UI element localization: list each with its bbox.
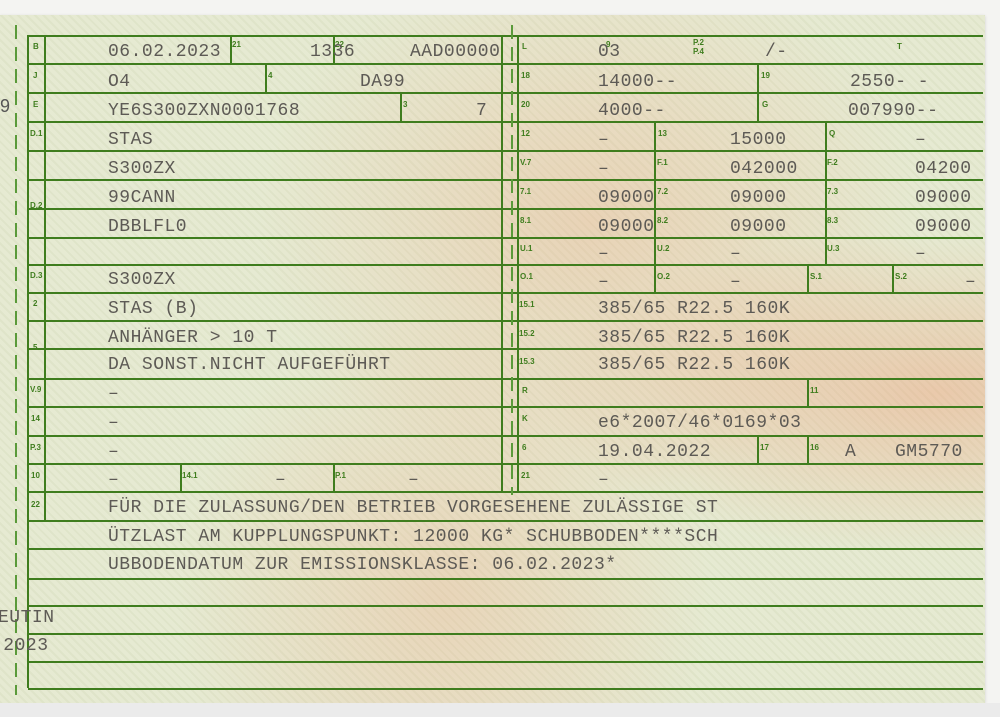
grid-line <box>28 237 983 239</box>
label-J: J <box>33 71 37 80</box>
label-6: 6 <box>522 443 526 452</box>
grid-line <box>28 348 983 350</box>
grid-line <box>28 63 983 65</box>
label-G: G <box>762 100 768 109</box>
grid-line <box>807 378 809 406</box>
label-D3: D.3 <box>30 271 42 280</box>
remarks-line-3: UBBODENDATUM ZUR EMISSIONSKLASSE: 06.02.… <box>108 555 617 575</box>
label-20: 20 <box>521 100 530 109</box>
field-B-value: 06.02.2023 <box>108 42 221 62</box>
footer-place: EUTIN <box>0 608 55 628</box>
label-3: 3 <box>403 100 407 109</box>
label-F1: F.1 <box>657 158 668 167</box>
grid-line <box>807 264 809 292</box>
footer-date: .2023 <box>0 636 49 656</box>
grid-line <box>807 435 809 463</box>
grid-line <box>400 92 402 121</box>
label-V7: V.7 <box>520 158 531 167</box>
field-S2-value: – <box>965 272 976 292</box>
label-13: 13 <box>658 129 667 138</box>
field-J-value: O4 <box>108 72 131 92</box>
label-15-3: 15.3 <box>519 357 535 366</box>
field-F2-value: 04200 <box>915 159 972 179</box>
grid-line <box>28 35 983 37</box>
grid-line <box>28 378 983 380</box>
grid-line <box>517 35 519 491</box>
field-V9-value: – <box>108 384 119 404</box>
field-7-1-value: 09000 <box>598 188 655 208</box>
label-R: R <box>522 386 528 395</box>
field-D2-line3: DBBLFL0 <box>108 217 187 237</box>
label-19: 19 <box>761 71 770 80</box>
grid-line <box>28 150 983 152</box>
field-8-1-value: 09000 <box>598 217 655 237</box>
label-Q: Q <box>829 129 835 138</box>
label-22-remarks: 22 <box>31 500 40 509</box>
grid-line <box>28 292 983 294</box>
grid-line <box>28 435 983 437</box>
grid-line <box>28 264 983 266</box>
field-10-value: – <box>108 470 119 490</box>
field-K-value: e6*2007/46*0169*03 <box>598 413 801 433</box>
label-16: 16 <box>810 443 819 452</box>
remarks-line-2: ÜTZLAST AM KUPPLUNGSPUNKT: 12000 KG* SCH… <box>108 527 718 547</box>
label-U3: U.3 <box>827 244 839 253</box>
field-14-value: – <box>108 413 119 433</box>
field-5-line1: ANHÄNGER > 10 T <box>108 328 278 348</box>
label-10: 10 <box>31 471 40 480</box>
label-E: E <box>33 100 38 109</box>
field-B-tail-value: AAD00000 <box>410 42 500 62</box>
field-U1-value: – <box>598 244 609 264</box>
field-15-2-value: 385/65 R22.5 160K <box>598 328 790 348</box>
label-15-2: 15.2 <box>519 329 535 338</box>
label-7-3: 7.3 <box>827 187 838 196</box>
label-18: 18 <box>521 71 530 80</box>
grid-line <box>28 661 983 663</box>
field-18-value: 14000-- <box>598 72 677 92</box>
grid-line <box>28 688 983 690</box>
label-B: B <box>33 42 39 51</box>
label-14-1: 14.1 <box>182 471 198 480</box>
label-K: K <box>522 414 528 423</box>
grid-line <box>28 463 983 465</box>
field-2-value: STAS (B) <box>108 299 198 319</box>
field-15-1-value: 385/65 R22.5 160K <box>598 299 790 319</box>
scan-margin <box>0 703 1000 717</box>
field-P2-P4-value: /- <box>765 42 788 62</box>
field-V7-value: – <box>598 159 609 179</box>
label-P1: P.1 <box>335 471 346 480</box>
field-O1-value: – <box>598 272 609 292</box>
field-P1-value: – <box>408 470 419 490</box>
grid-line <box>892 264 894 292</box>
field-16-tail-value: GM5770 <box>895 442 963 462</box>
label-21b: 21 <box>521 471 530 480</box>
label-7-2: 7.2 <box>657 187 668 196</box>
field-8-2-value: 09000 <box>730 217 787 237</box>
grid-line <box>27 35 29 688</box>
grid-line <box>44 35 46 520</box>
field-20-value: 4000-- <box>598 101 666 121</box>
grid-line <box>757 63 759 121</box>
label-U1: U.1 <box>520 244 532 253</box>
label-O2: O.2 <box>657 272 670 281</box>
field-3-value: 7 <box>476 101 487 121</box>
field-19-value: 2550- - <box>850 72 929 92</box>
label-21: 21 <box>232 40 241 49</box>
grid-line <box>28 520 983 522</box>
grid-line <box>501 35 503 491</box>
label-15-1: 15.1 <box>519 300 535 309</box>
label-F2: F.2 <box>827 158 838 167</box>
field-16-value: A <box>845 442 856 462</box>
field-14-1-value: – <box>275 470 286 490</box>
field-P3-value: – <box>108 442 119 462</box>
field-U3-value: – <box>915 244 926 264</box>
field-D3-value: S300ZX <box>108 270 176 290</box>
label-D2: D.2 <box>30 201 42 210</box>
label-U2: U.2 <box>657 244 669 253</box>
field-D2-line2: 99CANN <box>108 188 176 208</box>
grid-line <box>511 25 513 495</box>
label-2: 2 <box>33 299 37 308</box>
label-D1: D.1 <box>30 129 42 138</box>
grid-line <box>28 406 983 408</box>
field-7-3-value: 09000 <box>915 188 972 208</box>
field-L-value: 03 <box>598 42 621 62</box>
grid-line <box>28 605 983 607</box>
field-D2-line1: S300ZX <box>108 159 176 179</box>
grid-line <box>28 578 983 580</box>
field-12-value: – <box>598 130 609 150</box>
label-8-3: 8.3 <box>827 216 838 225</box>
field-4-value: DA99 <box>360 72 405 92</box>
field-22-value: 1336 <box>310 42 355 62</box>
label-P3: P.3 <box>30 443 41 452</box>
label-14: 14 <box>31 414 40 423</box>
label-8-2: 8.2 <box>657 216 668 225</box>
field-D1-value: STAS <box>108 130 153 150</box>
field-21b-value: – <box>598 470 609 490</box>
label-5: 5 <box>33 343 37 352</box>
side-mark: 9 <box>0 96 10 117</box>
label-S2: S.2 <box>895 272 907 281</box>
field-Q-value: – <box>915 130 926 150</box>
remarks-line-1: FÜR DIE ZULASSUNG/DEN BETRIEB VORGESEHEN… <box>108 498 718 518</box>
label-L: L <box>522 42 527 51</box>
label-11: 11 <box>810 386 818 395</box>
field-G-value: 007990-- <box>848 101 938 121</box>
grid-line <box>28 633 983 635</box>
field-F1-value: 042000 <box>730 159 798 179</box>
field-15-3-value: 385/65 R22.5 160K <box>598 355 790 375</box>
field-E-vin: YE6S300ZXN0001768 <box>108 101 300 121</box>
label-V9: V.9 <box>30 385 41 394</box>
label-8-1: 8.1 <box>520 216 531 225</box>
field-O2-value: – <box>730 272 741 292</box>
label-T: T <box>897 42 902 51</box>
grid-line <box>28 320 983 322</box>
grid-line <box>28 208 983 210</box>
grid-line <box>28 179 983 181</box>
label-O1: O.1 <box>520 272 533 281</box>
grid-line <box>28 121 983 123</box>
grid-line <box>265 63 267 92</box>
label-S1: S.1 <box>810 272 822 281</box>
grid-line <box>28 548 983 550</box>
label-P2: P.2 <box>693 38 704 47</box>
label-7-1: 7.1 <box>520 187 531 196</box>
field-8-3-value: 09000 <box>915 217 972 237</box>
label-P4: P.4 <box>693 47 704 56</box>
label-4: 4 <box>268 71 272 80</box>
label-12: 12 <box>521 129 530 138</box>
label-17: 17 <box>760 443 769 452</box>
grid-line <box>28 491 983 493</box>
field-13-value: 15000 <box>730 130 787 150</box>
field-7-2-value: 09000 <box>730 188 787 208</box>
grid-line <box>28 92 983 94</box>
grid-line <box>757 435 759 463</box>
grid-line <box>15 25 17 695</box>
field-5-line2: DA SONST.NICHT AUFGEFÜHRT <box>108 355 391 375</box>
field-U2-value: – <box>730 244 741 264</box>
field-6-value: 19.04.2022 <box>598 442 711 462</box>
